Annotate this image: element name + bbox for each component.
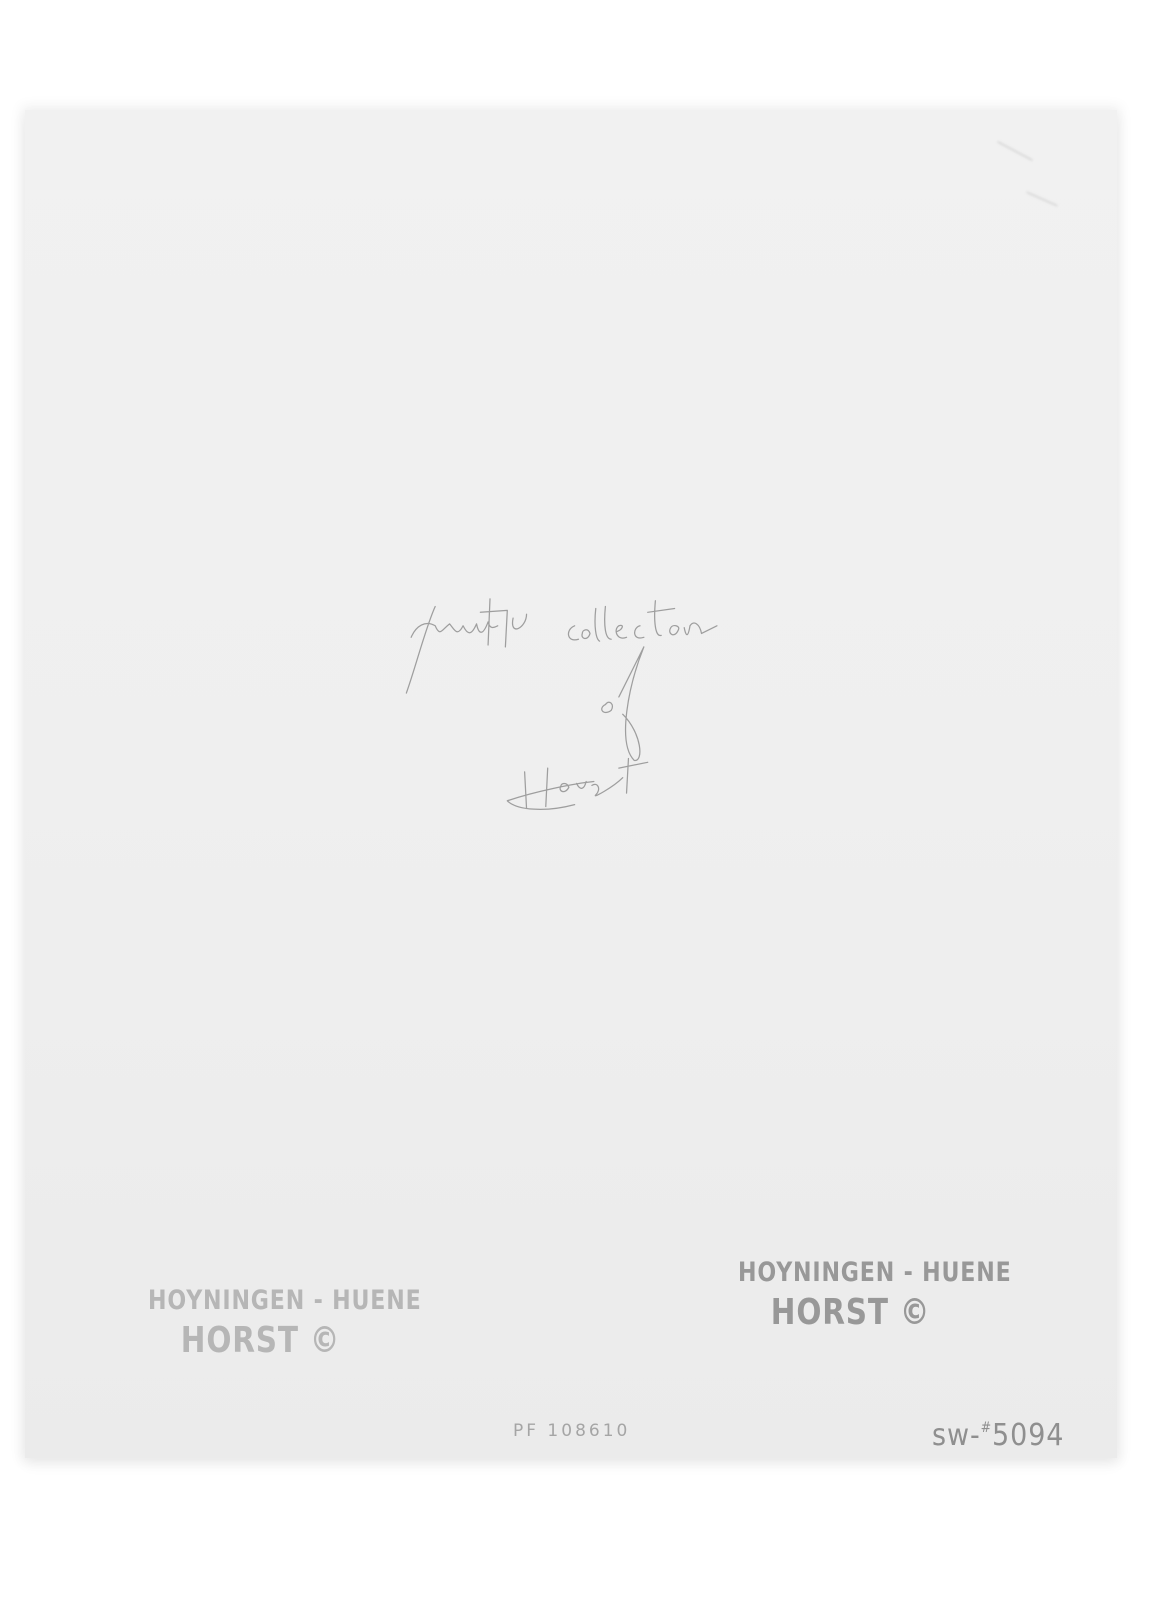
stamp-copyright-line: HORST © [181,1320,422,1361]
photographer-stamp-right: HOYNINGEN - HUENE HORST © [738,1257,1012,1333]
inventory-value: 5094 [992,1418,1064,1453]
stamp-copyright-line: HORST © [771,1292,1012,1333]
stamp-name-line: HOYNINGEN - HUENE [148,1285,422,1316]
paper-crease-mark [1026,191,1058,207]
paper-crease-mark [997,141,1033,162]
pencil-inscription: formerly collection of Horst [380,570,750,820]
hash-mark: # [981,1420,992,1436]
stamp-name-line: HOYNINGEN - HUENE [738,1257,1012,1288]
inventory-number-right: sw-#5094 [932,1418,1064,1453]
inventory-number-center: PF 108610 [513,1421,630,1441]
inventory-prefix: sw- [932,1418,981,1453]
photographer-stamp-left: HOYNINGEN - HUENE HORST © [148,1285,422,1361]
handwriting-strokes-icon [380,570,750,820]
page-background: formerly collection of Horst HOYNINGEN -… [0,0,1164,1600]
